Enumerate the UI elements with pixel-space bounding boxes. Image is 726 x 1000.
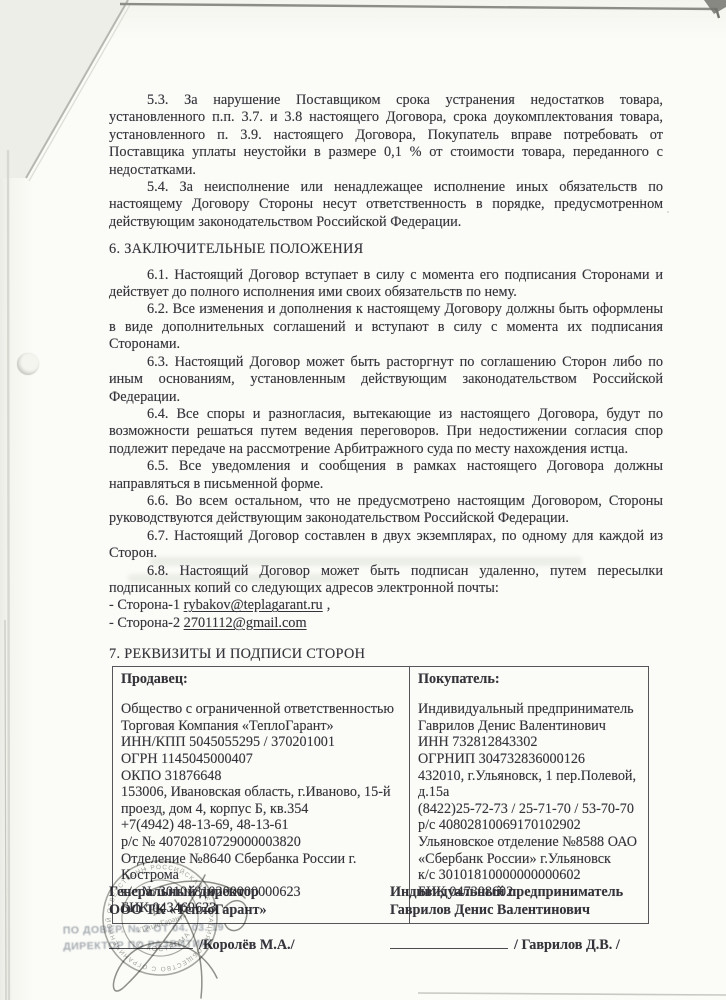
clause-6-4: 6.4. Все споры и разногласия, вытекающие… <box>109 406 663 458</box>
email-2-prefix: - Сторона-2 <box>109 615 184 631</box>
clause-6-1: 6.1. Настоящий Договор вступает в силу с… <box>109 267 663 302</box>
clause-6-2: 6.2. Все изменения и дополнения к настоя… <box>109 301 663 353</box>
buyer-sign-label: / Гаврилов Д.В. / <box>514 937 620 953</box>
email-line-1: - Сторона-1 rybakov@teplagarant.ru, <box>109 597 663 614</box>
clause-6-3: 6.3. Настоящий Договор может быть растор… <box>109 354 663 406</box>
contract-text: 5.3. За нарушение Поставщиком срока устр… <box>109 92 663 924</box>
email-address-2: 2701112@gmail.com <box>184 615 307 631</box>
buyer-signature-block: Индивидуальный предприниматель Гаврилов … <box>390 884 669 955</box>
buyer-sign-row: / Гаврилов Д.В. / <box>390 936 669 955</box>
clause-6-5: 6.5. Все уведомления и сообщения в рамка… <box>109 458 663 493</box>
buyer-role: Индивидуальный предприниматель Гаврилов … <box>390 884 669 919</box>
section-7-heading: 7. РЕКВИЗИТЫ И ПОДПИСИ СТОРОН <box>109 646 663 663</box>
buyer-details: Индивидуальный предприниматель Гаврилов … <box>418 701 640 900</box>
email-1-suffix: , <box>327 597 331 613</box>
email-address-1: rybakov@teplagarant.ru <box>184 597 323 613</box>
clause-6-6: 6.6. Во всем остальном, что не предусмот… <box>109 493 663 528</box>
clause-5-3: 5.3. За нарушение Поставщиком срока устр… <box>109 92 663 179</box>
scanned-contract-page: { "ink_color": "#34343b", "seal_color": … <box>0 0 726 1000</box>
section-6-heading: 6. ЗАКЛЮЧИТЕЛЬНЫЕ ПОЛОЖЕНИЯ <box>109 241 663 258</box>
buyer-signature-line <box>390 936 508 949</box>
buyer-header: Покупатель: <box>418 671 640 688</box>
clause-6-8: 6.8. Настоящий Договор может быть подпис… <box>109 563 663 598</box>
seller-header: Продавец: <box>121 671 401 688</box>
clause-6-7: 6.7. Настоящий Договор составлен в двух … <box>109 528 663 563</box>
signature-strokes <box>55 840 305 1000</box>
clause-5-4: 5.4. За неисполнение или ненадлежащее ис… <box>109 179 663 231</box>
punch-hole <box>17 353 39 375</box>
email-1-prefix: - Сторона-1 <box>109 597 184 613</box>
email-line-2: - Сторона-2 2701112@gmail.com <box>109 615 663 632</box>
